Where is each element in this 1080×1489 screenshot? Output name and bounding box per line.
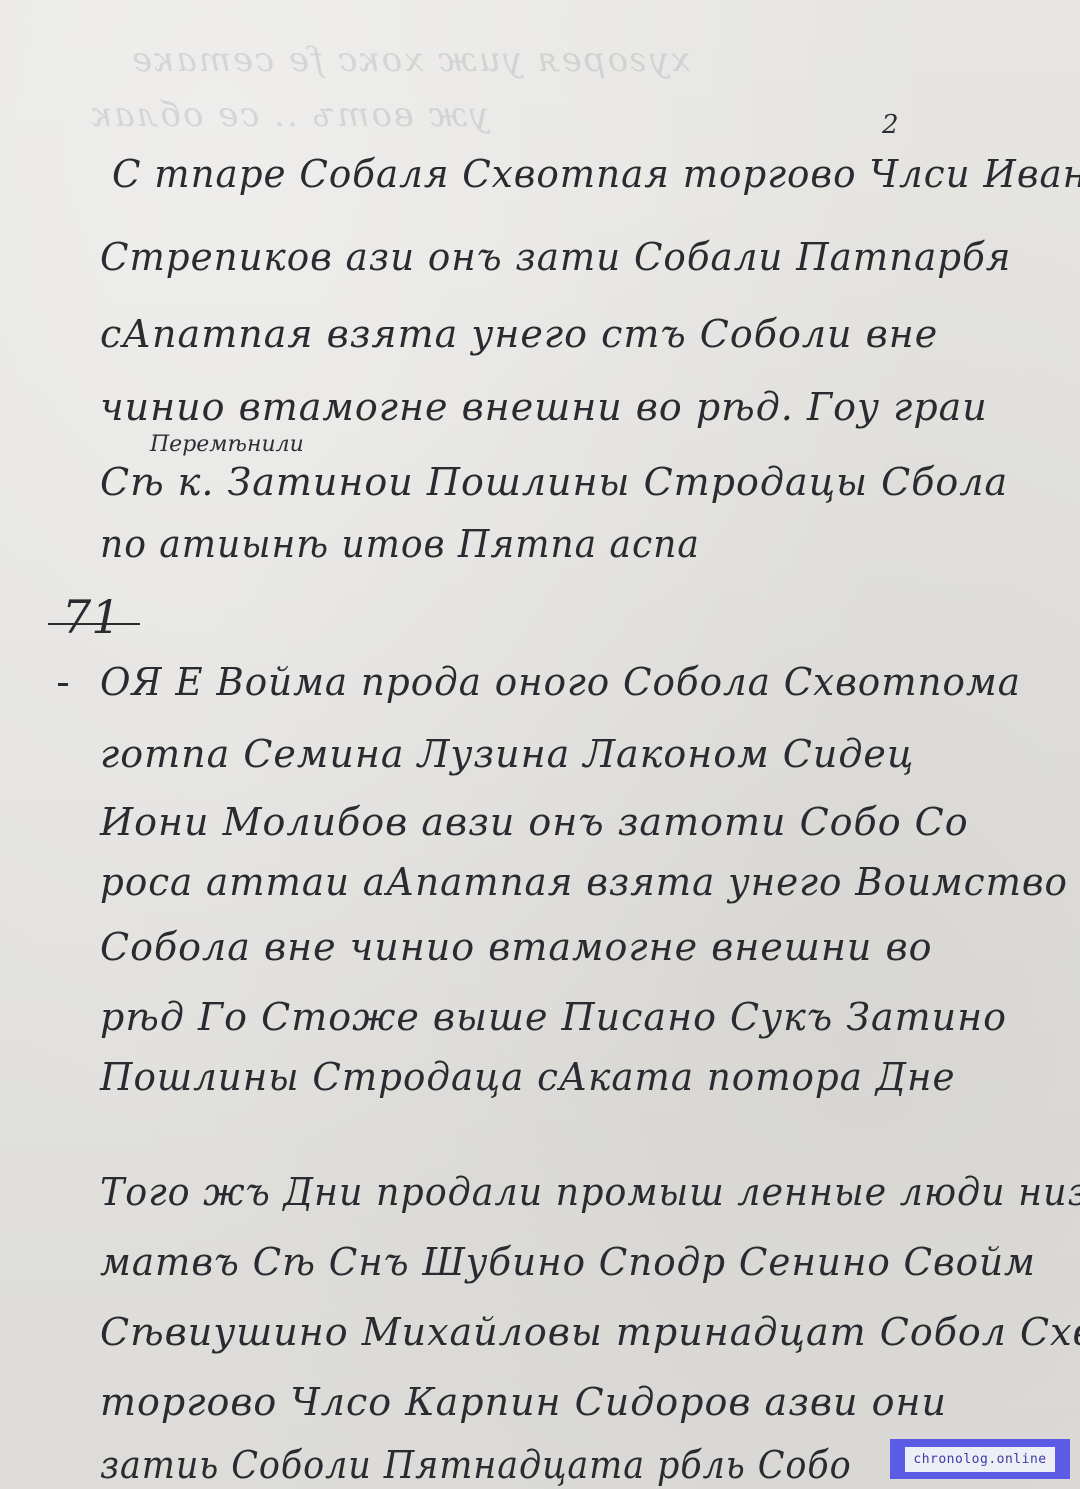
watermark-badge: chronolog.online — [890, 1439, 1070, 1479]
bleed-line: хугорея уиж хокс fe сетаке — [130, 40, 690, 80]
paragraph-1-line-1: С тпаре Собаля Схвотпая торгово Члси Ива… — [112, 152, 1080, 196]
paragraph-3-line-4: торгово Члсо Карпин Сидоров азви они — [100, 1380, 947, 1424]
paragraph-3-line-1: Того жъ Дни продали промыш ленные люди н… — [100, 1170, 1080, 1214]
manuscript-page: хугорея уиж хокс fe сетаке уж вотъ .. се… — [0, 0, 1080, 1489]
paragraph-3-line-5: затиь Соболи Пятнадцата рбль Собо — [100, 1443, 852, 1487]
paragraph-3-line-2: матвъ Сѣ Снъ Шубино Сподр Сенино Свойм — [100, 1240, 1036, 1284]
paragraph-1-line-3: сАпатпая взята унего стъ Соболи вне — [100, 312, 938, 356]
interlinear-correction: Перемѣнили — [150, 432, 304, 457]
top-mark: 2 — [882, 110, 899, 140]
margin-entry-number: 71 — [62, 590, 121, 644]
paragraph-2-line-3: Иони Молибов авзи онъ затоти Собо Со — [100, 800, 969, 844]
paragraph-1-line-6: по атиынѣ итов Пятпа аспа — [100, 522, 700, 566]
bleed-line: уж вотъ .. се облак — [90, 95, 489, 135]
paragraph-2-line-4: роса аттаи аАпатпая взята унего Воимство — [100, 860, 1068, 904]
paragraph-2-line-2: готпа Семина Лузина Лаконом Сидец — [100, 732, 914, 776]
paragraph-3-line-3: Сѣвиушино Михайловы тринадцат Собол Схво… — [100, 1310, 1080, 1354]
paragraph-1-line-2: Стрепиков ази онъ зати Собали Патпарбя — [100, 235, 1011, 279]
watermark-text: chronolog.online — [905, 1447, 1054, 1472]
paragraph-2-line-5: Собола вне чинио втамогне внешни во — [100, 925, 932, 969]
margin-dash — [58, 683, 68, 686]
paragraph-2-line-7: Пошлины Стродаца сАката потора Дне — [100, 1055, 955, 1099]
paragraph-1-line-5: Сѣ к. Затинои Пошлины Стродацы Сбола — [100, 460, 1008, 504]
paragraph-2-line-6: рѣд Го Стоже выше Писано Сукъ Затино — [100, 995, 1007, 1039]
paragraph-2-line-1: ОЯ Е Войма прода оного Собола Схвотпома — [100, 660, 1021, 704]
paragraph-1-line-4: чинио втамогне внешни во рѣд. Гоу граи — [100, 385, 988, 429]
